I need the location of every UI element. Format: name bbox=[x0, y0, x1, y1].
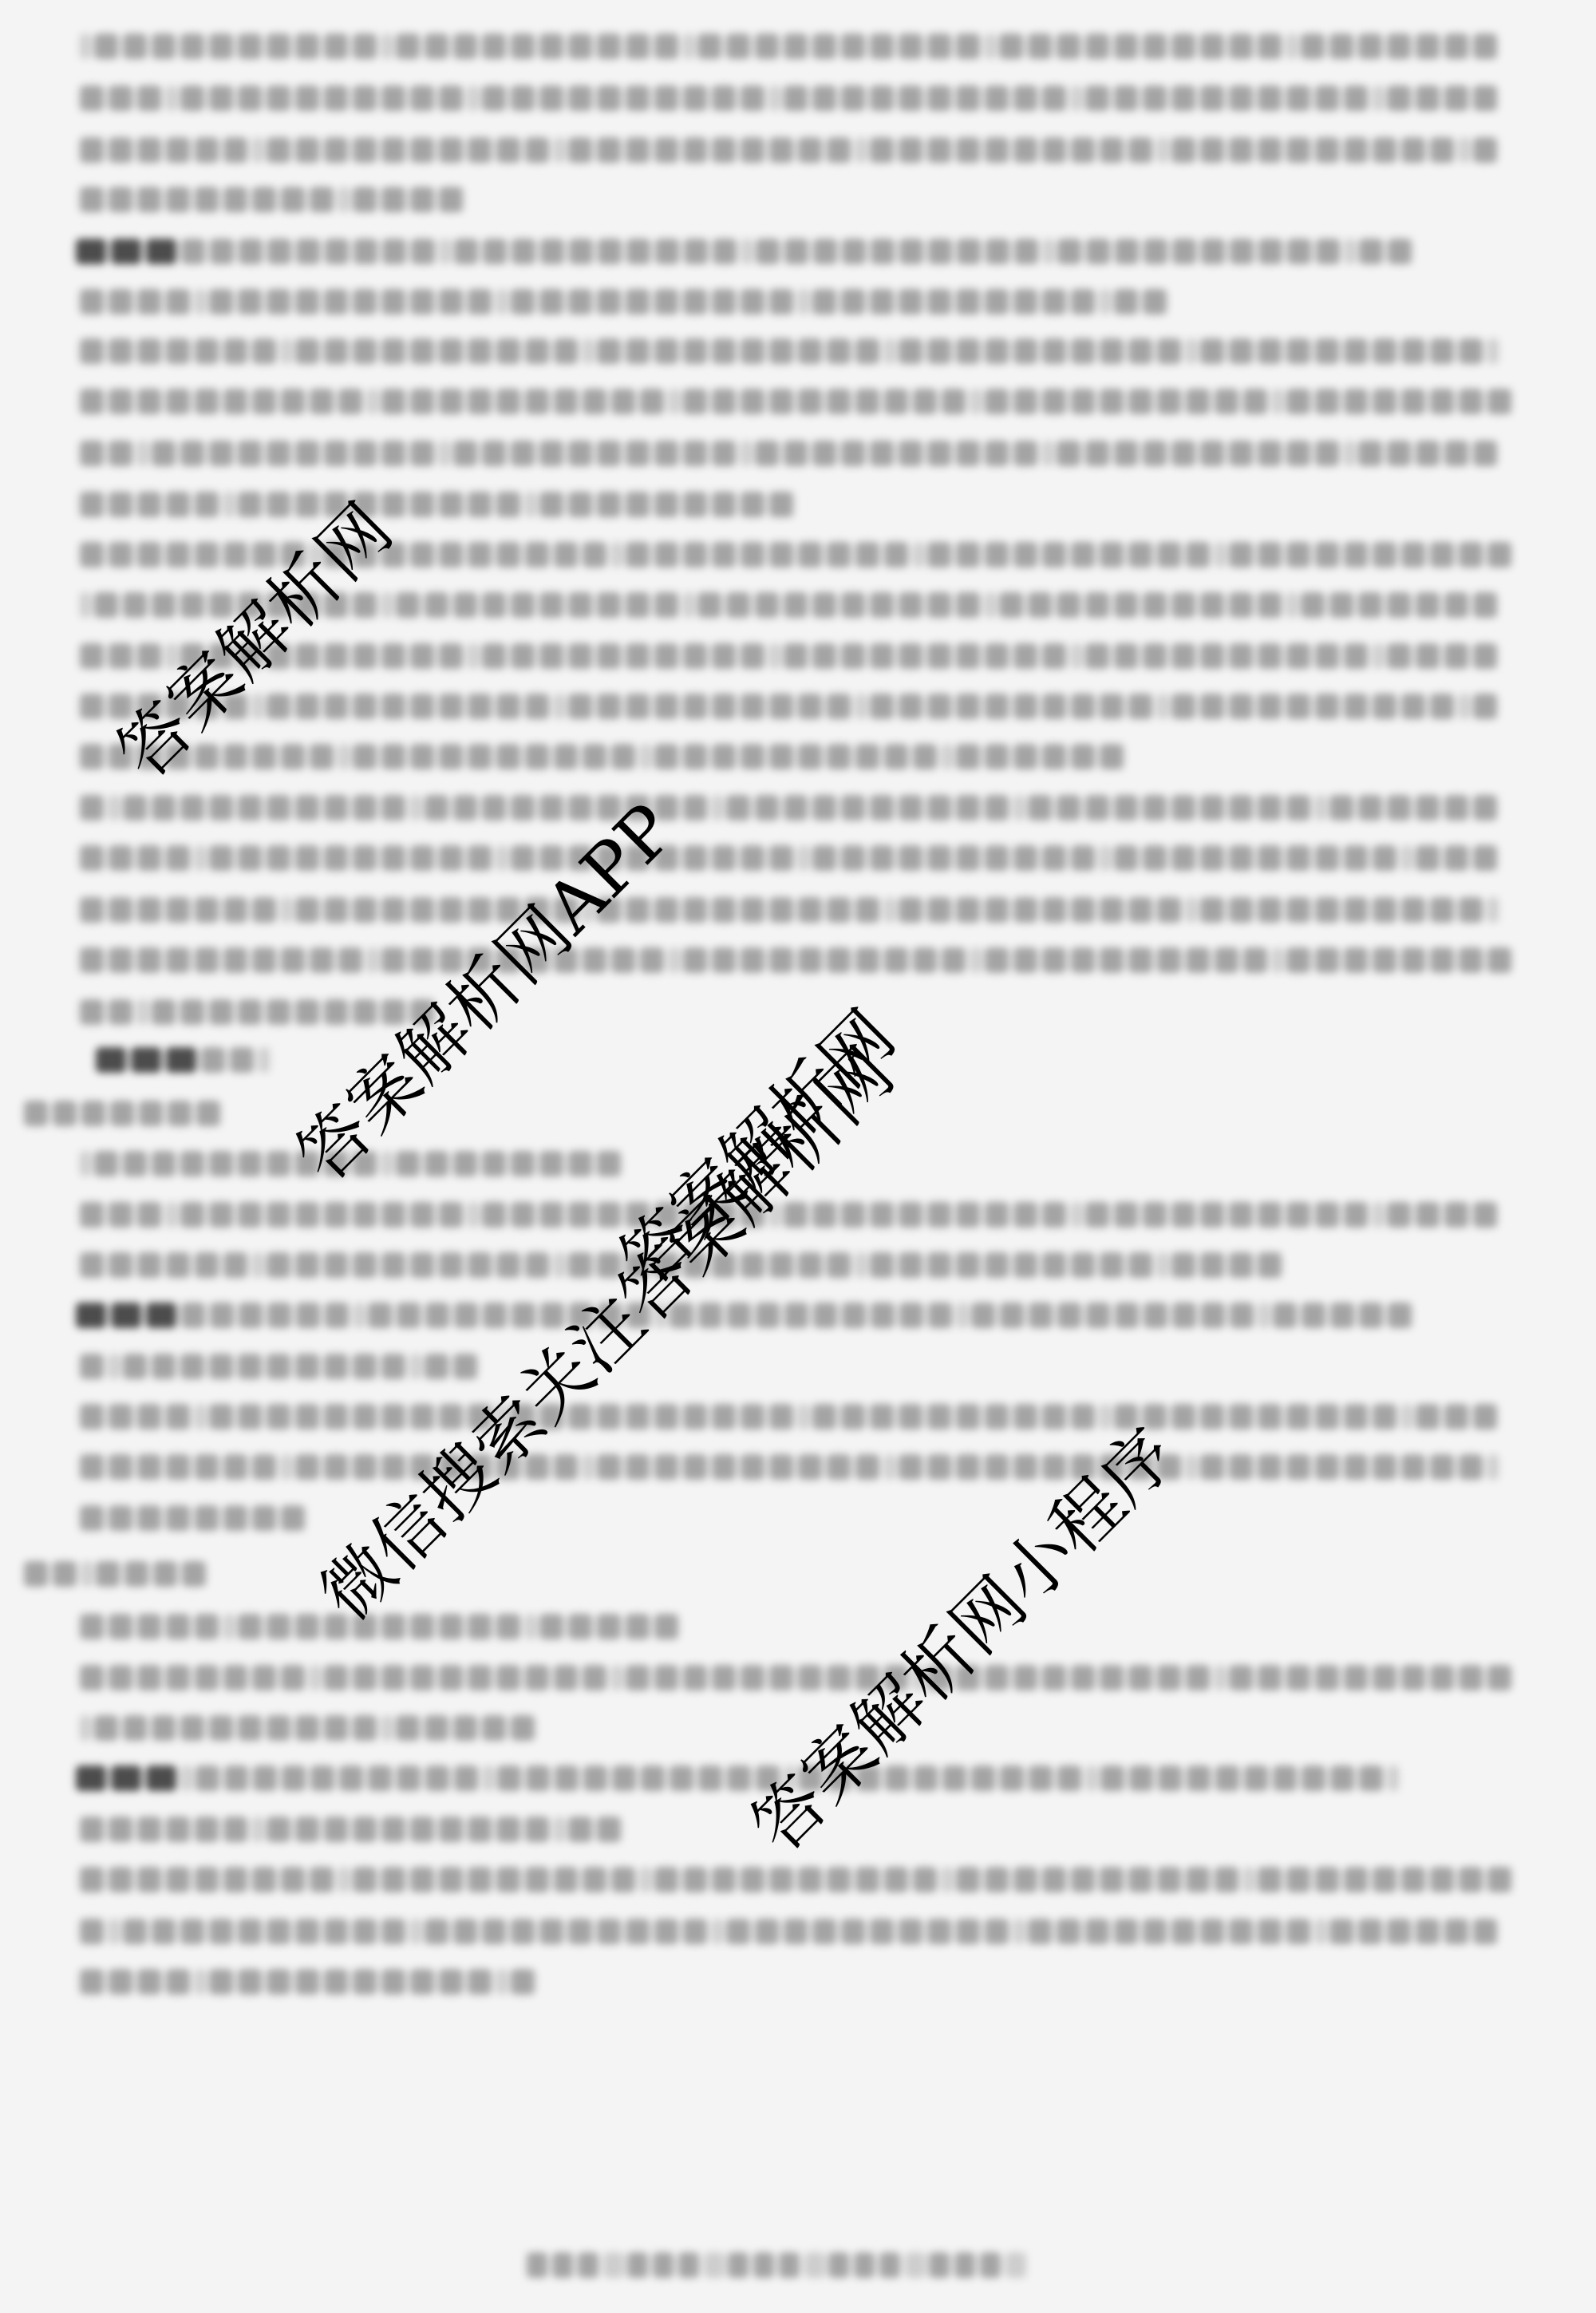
blurred-text-line bbox=[76, 1299, 1416, 1331]
blurred-text-line bbox=[80, 1712, 539, 1744]
blurred-text-line bbox=[80, 1966, 539, 1998]
blurred-text-line bbox=[80, 1864, 1516, 1896]
blurred-text-line bbox=[76, 1762, 1402, 1794]
blurred-text-line bbox=[80, 842, 1502, 874]
blurred-text-line bbox=[80, 792, 1502, 824]
blurred-text-line bbox=[24, 1558, 211, 1590]
blurred-text-line bbox=[80, 488, 798, 520]
blurred-text-line bbox=[76, 235, 1416, 267]
blurred-text-line bbox=[80, 134, 1502, 166]
blurred-text-line bbox=[80, 184, 468, 215]
document-page: 答案解析网答案解析网APP答案解析网微信搜索关注答案解析网答案解析网小程序 bbox=[0, 0, 1596, 2313]
blurred-text-line bbox=[80, 1662, 1516, 1694]
blurred-text-line bbox=[80, 437, 1502, 469]
blurred-text-line bbox=[80, 1813, 626, 1845]
blurred-text-line bbox=[80, 1451, 1502, 1483]
blurred-text-line bbox=[80, 1916, 1502, 1947]
blurred-text-line bbox=[80, 335, 1502, 367]
blurred-text-line bbox=[80, 1502, 310, 1534]
blurred-text-line bbox=[80, 741, 1128, 773]
blurred-text-line bbox=[24, 1097, 225, 1129]
watermark-text: 答案解析网小程序 bbox=[741, 1417, 1187, 1864]
blurred-text-line bbox=[80, 944, 1516, 976]
blurred-text-line bbox=[80, 996, 439, 1028]
blurred-text-line bbox=[80, 894, 1502, 926]
blurred-text-line bbox=[80, 690, 1502, 722]
blurred-text-line bbox=[80, 1350, 482, 1382]
page-footer bbox=[527, 2249, 1029, 2281]
blurred-text-line bbox=[80, 385, 1516, 417]
blurred-text-line bbox=[80, 1401, 1502, 1433]
blurred-text-line bbox=[80, 82, 1502, 114]
blurred-text-line bbox=[80, 30, 1502, 62]
blurred-text-line bbox=[80, 286, 1171, 318]
blurred-text-line bbox=[96, 1044, 273, 1076]
